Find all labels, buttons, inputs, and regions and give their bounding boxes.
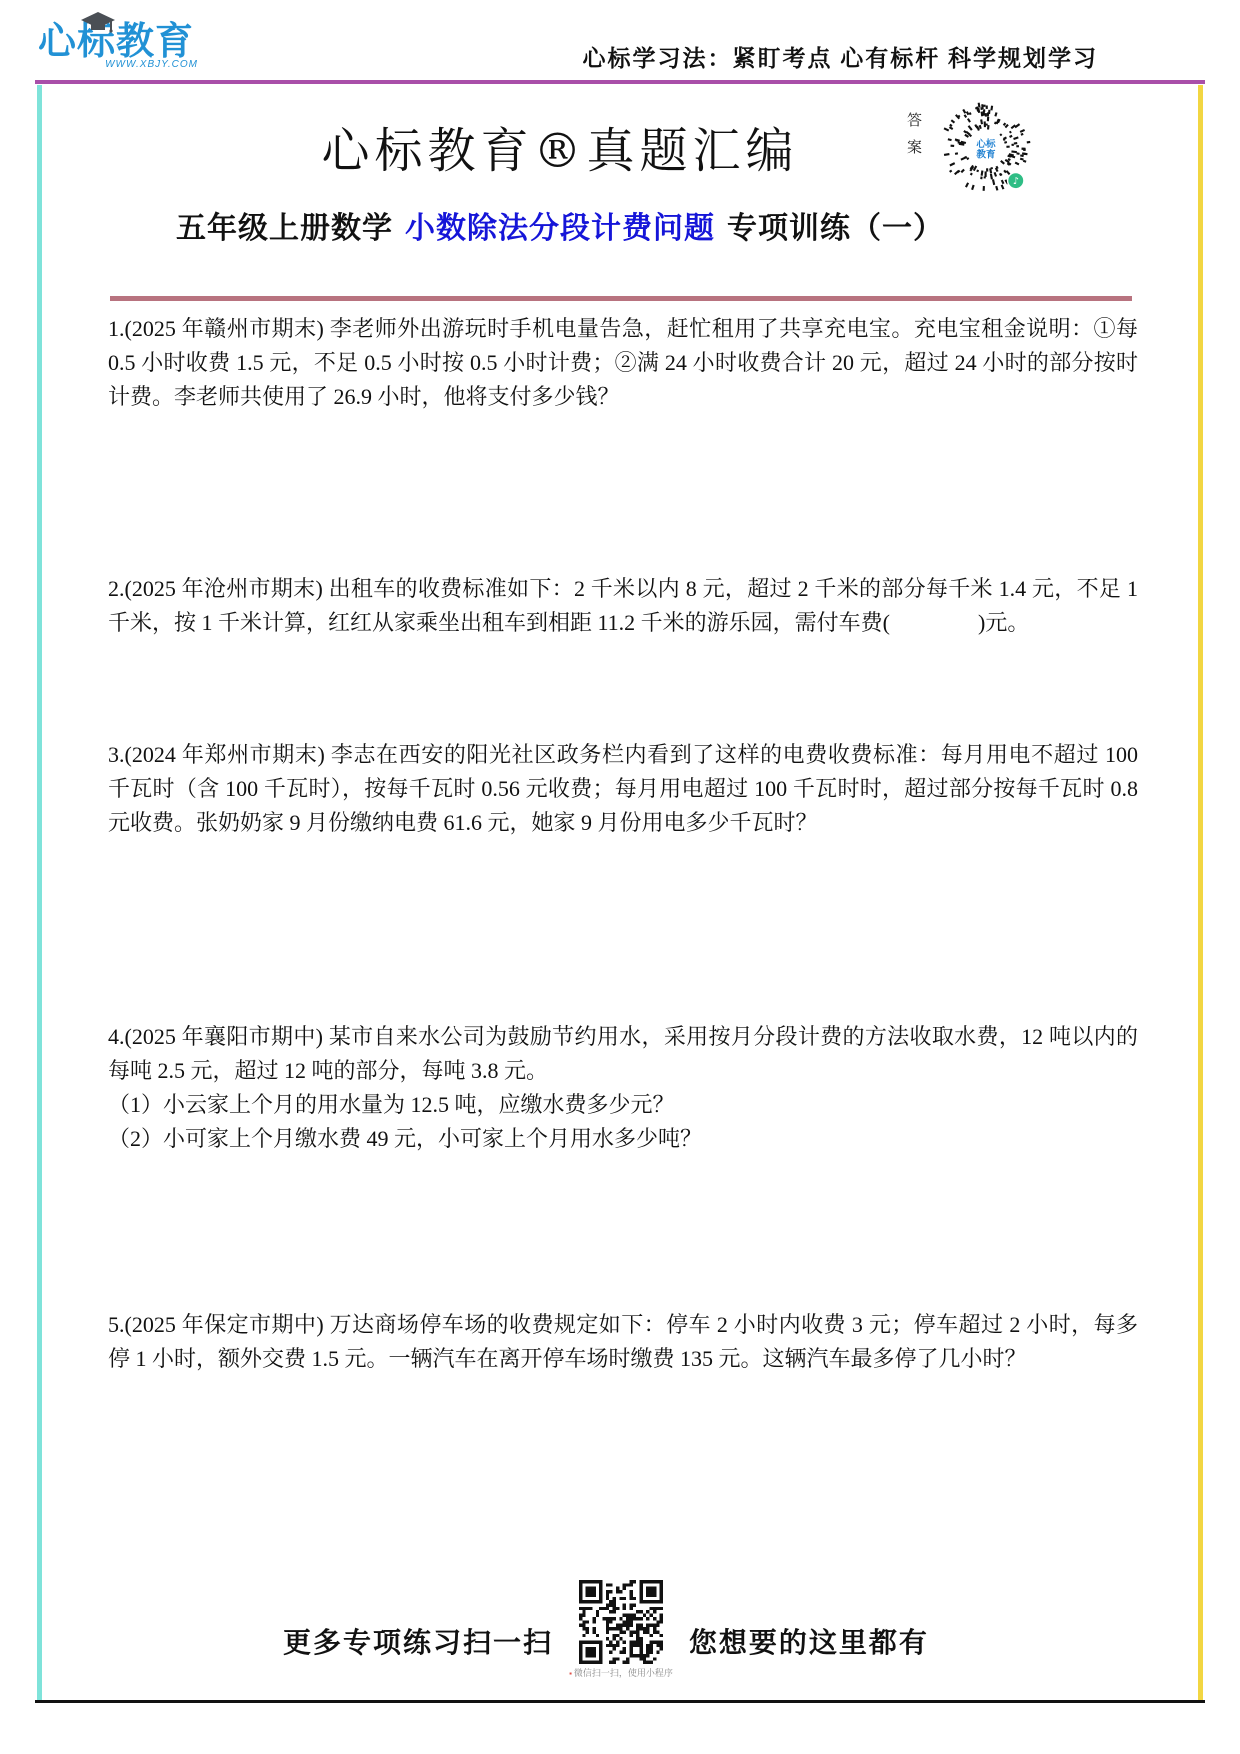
- music-note-icon: ♪: [1013, 176, 1019, 187]
- footer-left-text: 更多专项练习扫一扫: [283, 1621, 553, 1679]
- problem-text: 3.(2024 年郑州市期末) 李志在西安的阳光社区政务栏内看到了这样的电费收费…: [108, 738, 1138, 840]
- problem-text: 5.(2025 年保定市期中) 万达商场停车场的收费规定如下：停车 2 小时内收…: [108, 1308, 1138, 1376]
- footer-right-text: 您想要的这里都有: [689, 1621, 929, 1679]
- brand-logo: 心标教育 WWW.XBJY.COM: [38, 22, 238, 70]
- worksheet-page: 心标教育 WWW.XBJY.COM 心标学习法：紧盯考点 心有标杆 科学规划学习…: [0, 0, 1240, 1754]
- brand-name: 心标教育: [38, 22, 238, 62]
- problem-subquestion-1: （1）小云家上个月的用水量为 12.5 吨，应缴水费多少元？: [108, 1088, 1138, 1122]
- qr-caption-text: 微信扫一扫，使用小程序: [574, 1668, 673, 1678]
- problem-text: 4.(2025 年襄阳市期中) 某市自来水公司为鼓励节约用水，采用按月分段计费的…: [108, 1020, 1138, 1088]
- problem-text: 2.(2025 年沧州市期末) 出租车的收费标准如下：2 千米以内 8 元，超过…: [108, 572, 1138, 640]
- problem-3: 3.(2024 年郑州市期末) 李志在西安的阳光社区政务栏内看到了这样的电费收费…: [108, 738, 1138, 840]
- problem-1: 1.(2025 年赣州市期末) 李老师外出游玩时手机电量告急，赶忙租用了共享充电…: [108, 312, 1138, 414]
- problem-text: 1.(2025 年赣州市期末) 李老师外出游玩时手机电量告急，赶忙租用了共享充电…: [108, 312, 1138, 414]
- graduation-cap-icon: [78, 10, 118, 34]
- problem-4: 4.(2025 年襄阳市期中) 某市自来水公司为鼓励节约用水，采用按月分段计费的…: [108, 1020, 1138, 1156]
- header-slogan: 心标学习法：紧盯考点 心有标杆 科学规划学习: [583, 40, 1099, 73]
- problem-5: 5.(2025 年保定市期中) 万达商场停车场的收费规定如下：停车 2 小时内收…: [108, 1308, 1138, 1376]
- subtitle-prefix: 五年级上册数学: [176, 212, 393, 245]
- answers-qr-code: 心标 教育 ♪: [938, 100, 1034, 196]
- header-divider: [35, 80, 1205, 84]
- title-divider: [110, 296, 1132, 301]
- footer: 更多专项练习扫一扫 ▪微信扫一扫，使用小程序 您想要的这里都有: [0, 1580, 1226, 1679]
- bottom-divider: [35, 1700, 1205, 1703]
- subtitle-highlight: 小数除法分段计费问题: [405, 212, 715, 245]
- footer-qr: ▪微信扫一扫，使用小程序: [569, 1580, 673, 1679]
- qr-center-text-bottom: 教育: [975, 149, 996, 161]
- qr-caption: ▪微信扫一扫，使用小程序: [569, 1666, 673, 1679]
- problem-2: 2.(2025 年沧州市期末) 出租车的收费标准如下：2 千米以内 8 元，超过…: [108, 572, 1138, 640]
- qr-center-text-top: 心标: [975, 138, 996, 150]
- doc-subtitle: 五年级上册数学小数除法分段计费问题专项训练（一）: [60, 203, 1060, 247]
- answer-label: 答案: [903, 112, 924, 166]
- subtitle-suffix: 专项训练（一）: [727, 212, 944, 245]
- problem-subquestion-2: （2）小可家上个月缴水费 49 元，小可家上个月用水多少吨？: [108, 1122, 1138, 1156]
- miniprogram-icon: ▪: [569, 1669, 572, 1678]
- wechat-qr-code: [579, 1580, 663, 1664]
